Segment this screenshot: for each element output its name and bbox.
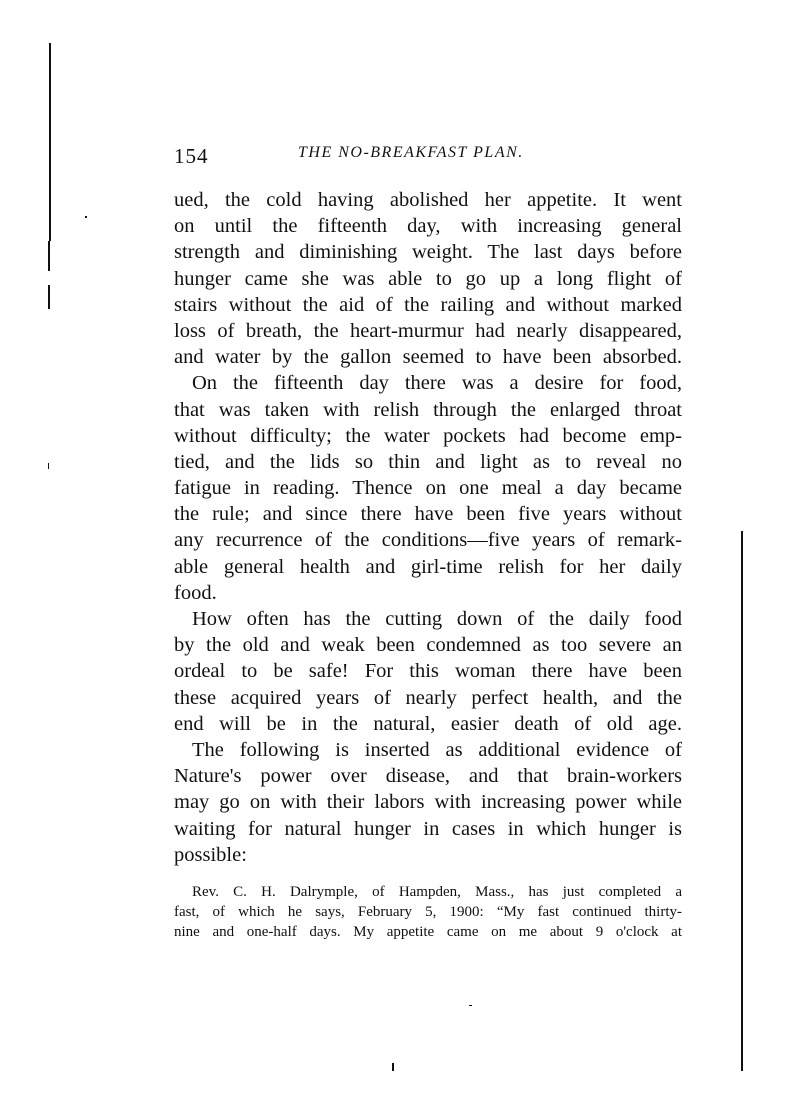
text-line: How often has the cutting down of the da… [174,606,682,632]
text-line: food. [174,580,682,606]
page-number: 154 [174,144,209,169]
text-line: any recurrence of the conditions—five ye… [174,527,682,553]
scan-speck [469,1005,472,1006]
text-line: waiting for natural hunger in cases in w… [174,816,682,842]
text-line: Nature's power over disease, and that br… [174,763,682,789]
scan-speck [48,463,49,469]
text-line: stairs without the aid of the railing an… [174,292,682,318]
text-line: hunger came she was able to go up a long… [174,266,682,292]
text-line: ordeal to be safe! For this woman there … [174,658,682,684]
body-text: ued, the cold having abolished her appet… [174,187,682,868]
running-head: 154 THE NO-BREAKFAST PLAN. [174,138,682,172]
quote-line: Rev. C. H. Dalrymple, of Hampden, Mass.,… [174,882,682,902]
scan-speck [392,1063,394,1071]
text-line: end will be in the natural, easier death… [174,711,682,737]
scan-border-line-left [49,43,51,241]
text-line: these acquired years of nearly perfect h… [174,685,682,711]
text-line: and water by the gallon seemed to have b… [174,344,682,370]
running-title: THE NO-BREAKFAST PLAN. [298,144,524,162]
quote-line: fast, of which he says, February 5, 1900… [174,902,682,922]
paragraph: On the fifteenth day there was a desire … [174,370,682,606]
text-line: may go on with their labors with increas… [174,789,682,815]
text-line: the rule; and since there have been five… [174,501,682,527]
text-line: fatigue in reading. Thence on one meal a… [174,475,682,501]
text-line: strength and diminishing weight. The las… [174,239,682,265]
text-line: on until the fifteenth day, with increas… [174,213,682,239]
scan-speck [85,216,87,218]
block-quote: Rev. C. H. Dalrymple, of Hampden, Mass.,… [174,882,682,942]
paragraph-continued: ued, the cold having abolished her appet… [174,187,682,370]
paragraph: How often has the cutting down of the da… [174,606,682,737]
text-line: by the old and weak been condemned as to… [174,632,682,658]
text-line: without difficulty; the water pockets ha… [174,423,682,449]
text-line: that was taken with relish through the e… [174,397,682,423]
text-line: able general health and girl-time relish… [174,554,682,580]
paragraph: The following is inserted as additional … [174,737,682,868]
book-page: 154 THE NO-BREAKFAST PLAN. ued, the cold… [174,138,682,942]
text-line: tied, and the lids so thin and light as … [174,449,682,475]
scan-border-line-right [741,531,743,1071]
text-line: The following is inserted as additional … [174,737,682,763]
text-line: ued, the cold having abolished her appet… [174,187,682,213]
quote-line: nine and one-half days. My appetite came… [174,922,682,942]
scan-border-line-left [48,285,50,309]
text-line: loss of breath, the heart-murmur had nea… [174,318,682,344]
scan-border-line-left [48,241,50,271]
text-line: possible: [174,842,682,868]
text-line: On the fifteenth day there was a desire … [174,370,682,396]
